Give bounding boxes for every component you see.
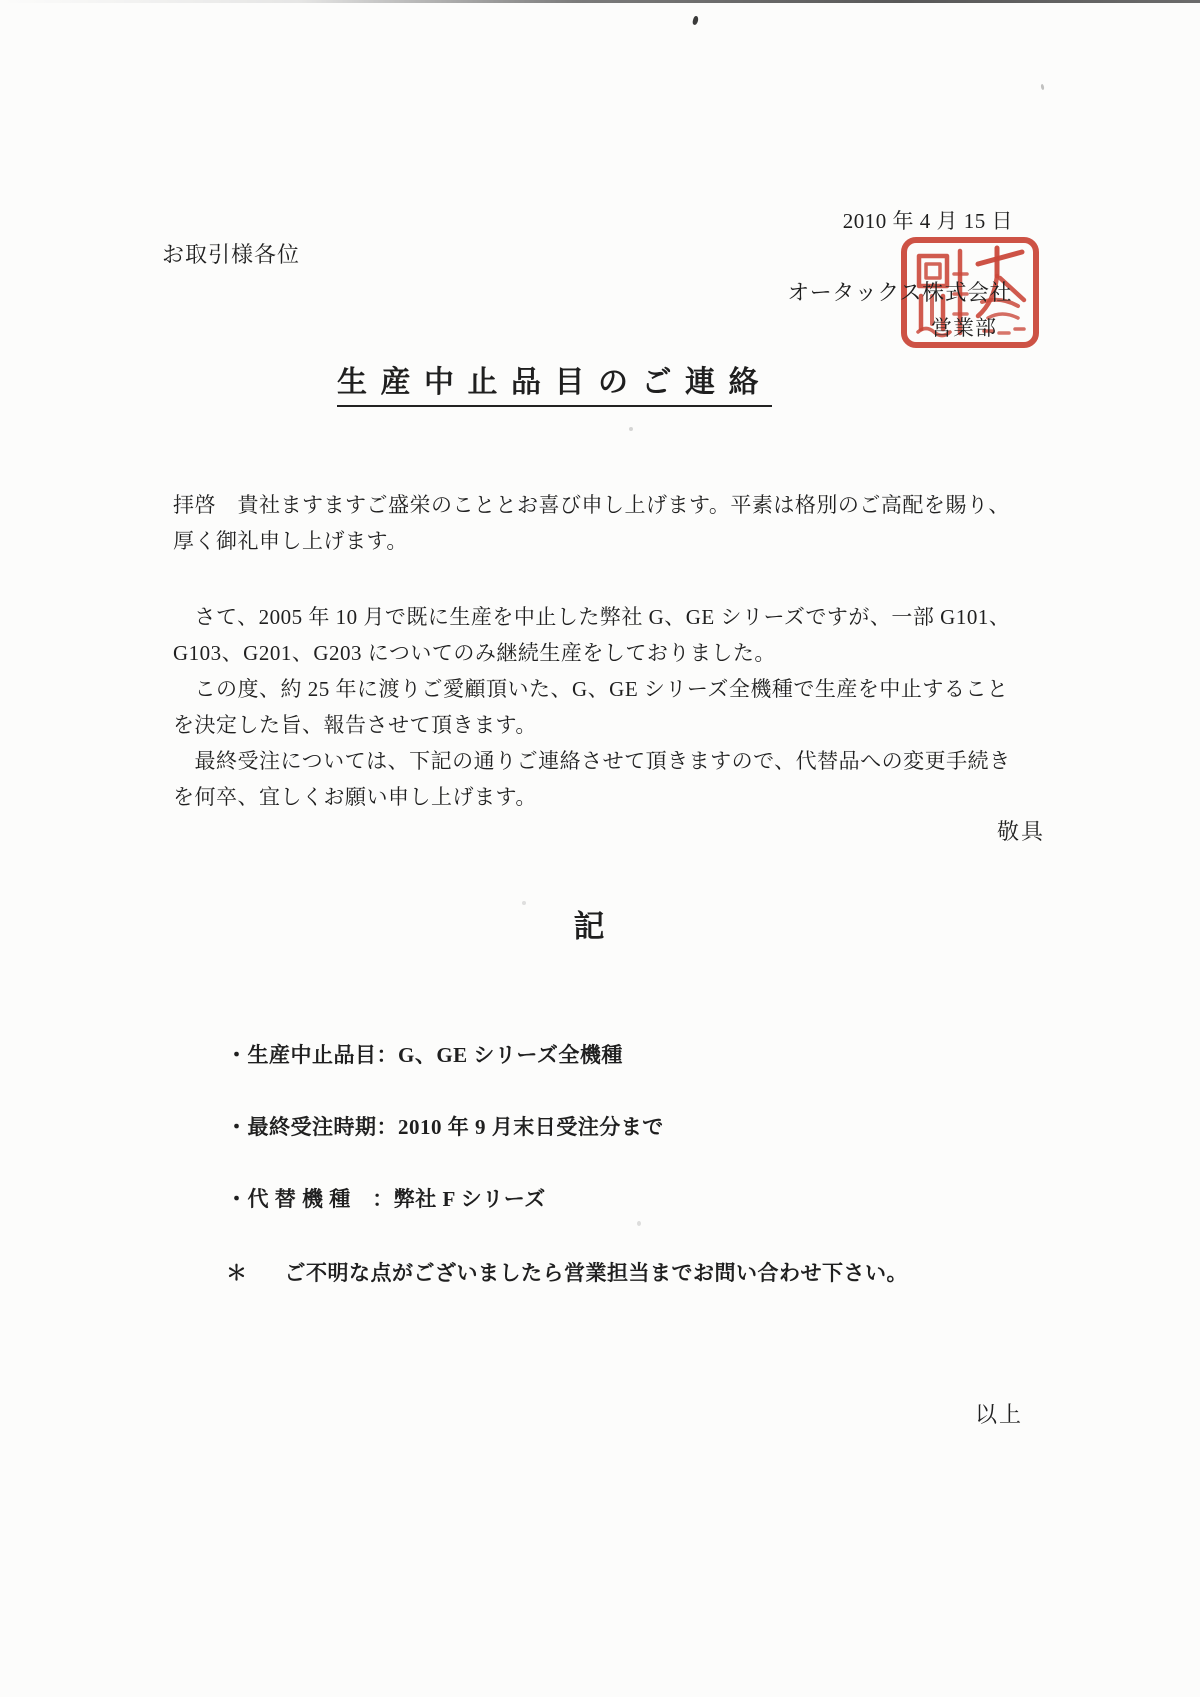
- record-heading-wrap: 記: [150, 901, 1030, 946]
- notice-item-replacement: ・代 替 機 種 ：弊社 F シリーズ: [226, 1183, 1046, 1213]
- scan-speck: [692, 15, 700, 25]
- scan-edge-artifact: [0, 0, 1200, 3]
- body-paragraph-2: さて、2005 年 10 月で既に生産を中止した弊社 G、GE シリーズですが、…: [173, 599, 1047, 815]
- notice-item-discontinued: ・生産中止品目：G、GE シリーズ全機種: [226, 1039, 1046, 1069]
- body-line: 最終受注については、下記の通りご連絡させて頂きますので、代替品への変更手続き: [173, 743, 1047, 779]
- footnote-text: ご不明な点がございましたら営業担当までお問い合わせ下さい。: [285, 1261, 909, 1285]
- department-name: 営業部: [931, 312, 997, 342]
- record-heading: 記: [574, 909, 607, 944]
- scan-speck: [637, 1221, 641, 1226]
- scan-speck: [629, 427, 633, 431]
- letter-date: 2010 年 4 月 15 日: [843, 205, 1013, 235]
- body-line: を何卒、宜しくお願い申し上げます。: [173, 779, 1047, 815]
- footnote-line: ＊ご不明な点がございましたら営業担当までお問い合わせ下さい。: [226, 1257, 1046, 1287]
- letter-title-wrap: 生産中止品目のご連絡: [337, 366, 772, 407]
- body-line: を決定した旨、報告させて頂きます。: [173, 707, 1047, 743]
- company-name: オータックス株式会社: [787, 276, 1012, 307]
- closing-keigu: 敬具: [173, 815, 1045, 846]
- scan-speck: [1040, 84, 1044, 90]
- body-line: G103、G201、G203 についてのみ継続生産をしておりました。: [173, 635, 1047, 671]
- body-line: 厚く御礼申し上げます。: [173, 523, 1047, 559]
- body-paragraph-1: 拝啓 貴社ますますご盛栄のこととお喜び申し上げます。平素は格別のご高配を賜り、 …: [173, 487, 1047, 559]
- letter-title: 生産中止品目のご連絡: [337, 366, 772, 407]
- scanned-letter-page: 2010 年 4 月 15 日 お取引様各位: [0, 0, 1200, 1697]
- body-line: この度、約 25 年に渡りご愛顧頂いた、G、GE シリーズ全機種で生産を中止する…: [173, 671, 1047, 707]
- body-line: 拝啓 貴社ますますご盛栄のこととお喜び申し上げます。平素は格別のご高配を賜り、: [173, 487, 1047, 523]
- body-line: さて、2005 年 10 月で既に生産を中止した弊社 G、GE シリーズですが、…: [173, 599, 1047, 635]
- end-mark-ijou: 以上: [173, 1398, 1023, 1429]
- recipient-line: お取引様各位: [162, 238, 300, 269]
- asterisk-marker: ＊: [226, 1257, 248, 1287]
- notice-item-final-order: ・最終受注時期：2010 年 9 月末日受注分まで: [226, 1111, 1046, 1141]
